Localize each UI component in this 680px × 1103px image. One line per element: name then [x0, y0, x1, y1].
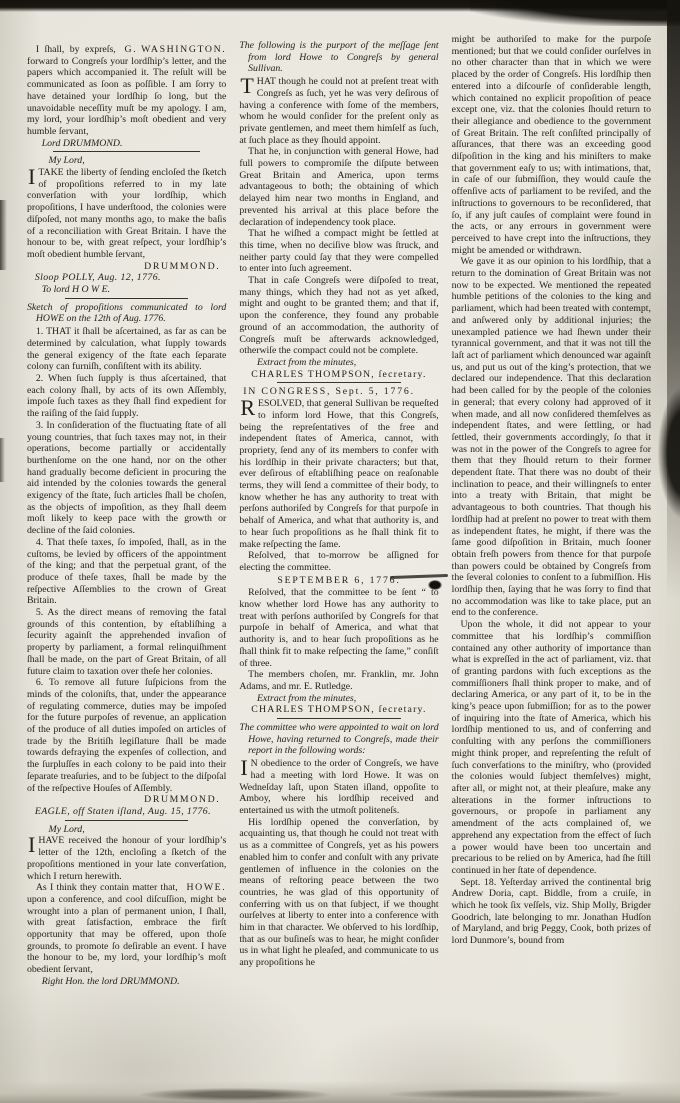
- scan-smudge: [140, 1088, 330, 1101]
- paragraph: I HAVE received the honour of your lordſ…: [27, 835, 226, 882]
- secretary-line: CHARLES THOMPSON, ſecretary.: [239, 704, 438, 716]
- salutation: My Lord,: [27, 155, 226, 167]
- scan-smudge: [390, 1089, 620, 1099]
- paragraph: His lordſhip opened the converſation, by…: [239, 817, 438, 969]
- salutation: My Lord,: [27, 824, 226, 836]
- section-rule: [53, 151, 201, 152]
- paragraph: That he, in conjunction with general How…: [239, 146, 438, 228]
- signature-drummond: DRUMMOND.: [27, 261, 226, 273]
- secretary-line: CHARLES THOMPSON, ſecretary.: [239, 369, 438, 381]
- section-rule: [65, 298, 189, 299]
- column-left: G. WASHINGTON.I ſhall, by expreſs, forwa…: [27, 34, 226, 988]
- dateline-sloop-polly: Sloop POLLY, Aug. 12, 1776.: [27, 272, 226, 284]
- proposition-2: 2. When ſuch ſupply is thus aſcertained,…: [27, 373, 226, 420]
- scan-edge-left-mark: [0, 200, 7, 270]
- paragraph: IN obedience to the order of Congreſs, w…: [239, 758, 438, 817]
- proposition-5: 5. As the direct means of removing the f…: [27, 607, 226, 677]
- congress-heading: IN CONGRESS, Sept. 5, 1776.: [239, 386, 438, 398]
- paragraph: I TAKE the liberty of ſending encloſed t…: [27, 167, 226, 261]
- proposition-1: 1. THAT it ſhall be aſcertained, as far …: [27, 326, 226, 373]
- column-middle: The following is the purport of the meſſ…: [239, 34, 438, 988]
- section-rule: [277, 382, 401, 383]
- proposition-4: 4. That theſe taxes, ſo impoſed, ſhall, …: [27, 537, 226, 607]
- proposition-6: 6. To remove all future ſuſpicions from …: [27, 677, 226, 794]
- paragraph: Upon the whole, it did not appear to you…: [452, 619, 651, 876]
- italic-heading-purport: The following is the purport of the meſſ…: [239, 40, 438, 75]
- paragraph: That in caſe Congreſs were diſpoſed to t…: [239, 275, 438, 357]
- scan-edge-left-mark: [0, 438, 5, 482]
- signature-howe: HOWE.: [178, 882, 227, 894]
- paragraph-continuation: might be authoriſed to make for the purp…: [452, 34, 651, 256]
- proposition-3: 3. In conſideration of the fluctuating ſ…: [27, 420, 226, 537]
- extract-line: Extract from the minutes,: [239, 693, 438, 705]
- section-rule: [65, 820, 189, 821]
- resolution-paragraph: RESOLVED, that general Sullivan be reque…: [239, 398, 438, 550]
- signature-washington: G. WASHINGTON.: [116, 44, 227, 56]
- italic-heading-sketch: Sketch of propoſitions communicated to l…: [27, 302, 226, 325]
- extract-line: Extract from the minutes,: [239, 357, 438, 369]
- paragraph: THAT though he could not at preſent trea…: [239, 76, 438, 146]
- paragraph-text: I ſhall, by expreſs, forward to Congreſs…: [27, 44, 226, 137]
- paragraph: That he wiſhed a compact might be ſettle…: [239, 228, 438, 275]
- signature-drummond: DRUMMOND.: [27, 794, 226, 806]
- paragraph: HOWE.As I think they contain matter that…: [27, 882, 226, 976]
- ink-blot: [428, 580, 442, 590]
- italic-heading-committee-report: The committee who were appointed to wait…: [239, 722, 438, 757]
- addressee-line: Right Hon. the lord DRUMMOND.: [27, 976, 226, 988]
- resolution-paragraph: Reſolved, that the committee to be ſent …: [239, 587, 438, 669]
- members-chosen-paragraph: The members choſen, mr. Franklin, mr. Jo…: [239, 669, 438, 692]
- news-item-sept-18: Sept. 18. Yeſterday arrived the continen…: [452, 877, 651, 947]
- newspaper-page: G. WASHINGTON.I ſhall, by expreſs, forwa…: [0, 0, 680, 1103]
- addressee-line: Lord DRUMMOND.: [27, 138, 226, 150]
- paragraph-text: As I think they contain matter that, upo…: [27, 882, 226, 975]
- scan-edge-top-right: [470, 0, 680, 26]
- section-rule: [277, 718, 401, 719]
- addressee-line: To lord H O W E.: [27, 284, 226, 296]
- paragraph: G. WASHINGTON.I ſhall, by expreſs, forwa…: [27, 44, 226, 138]
- column-layout: G. WASHINGTON.I ſhall, by expreſs, forwa…: [27, 34, 651, 988]
- dateline-eagle: EAGLE, off Staten iſland, Aug. 15, 1776.: [27, 806, 226, 818]
- column-right: might be authoriſed to make for the purp…: [452, 34, 651, 988]
- scan-edge-blob: [658, 388, 680, 518]
- paragraph: We gave it as our opinion to his lordſhi…: [452, 256, 651, 619]
- resolution-paragraph: Reſolved, that to-morrow be aſſigned for…: [239, 550, 438, 573]
